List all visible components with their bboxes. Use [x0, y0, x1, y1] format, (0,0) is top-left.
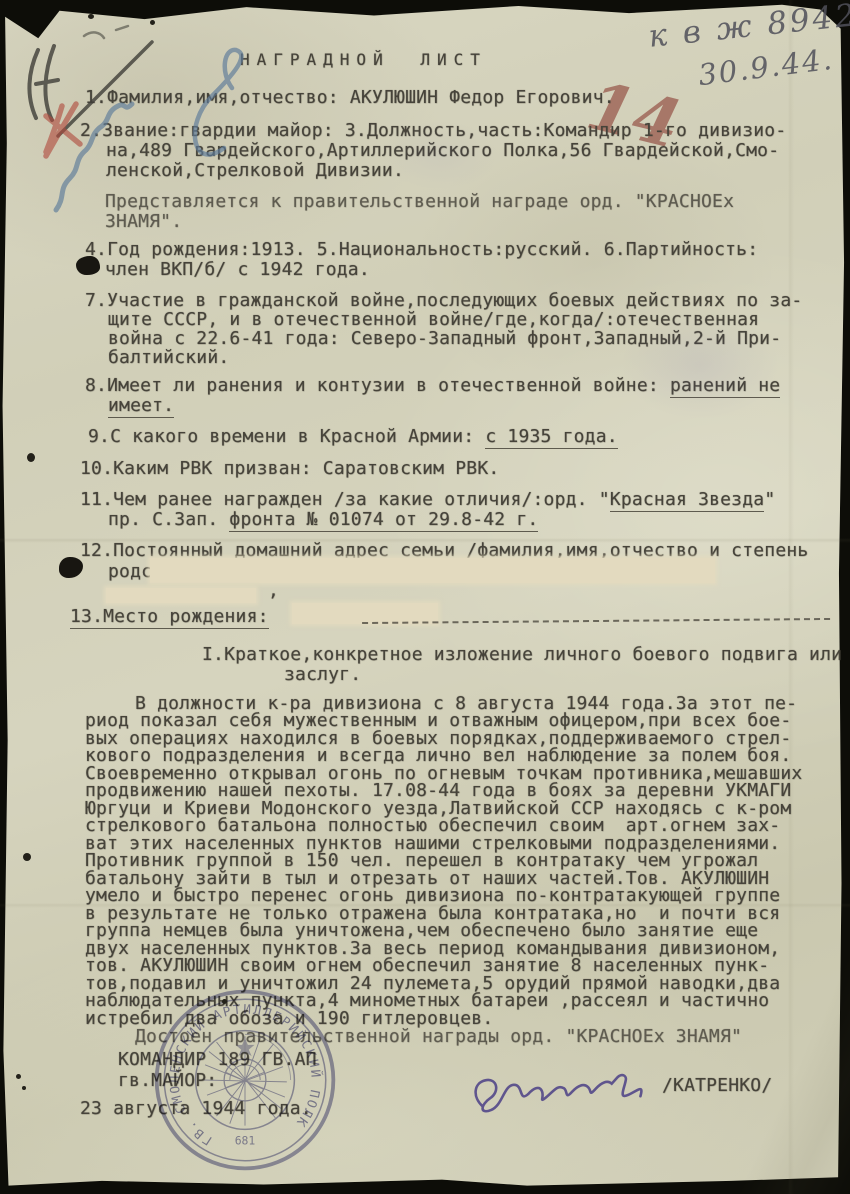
field-wounds-value-2: имеет.	[108, 396, 174, 416]
field-war-participation-3: война с 22.6-41 года: Северо-Западный фр…	[108, 329, 781, 349]
birthplace-dotted-line	[362, 600, 830, 624]
field-rank-position-3: ленской,Стрелковой Дивизии.	[106, 161, 404, 181]
field-wounds-value-1: ранений не	[670, 375, 780, 398]
presented-award-2: ЗНАМЯ".	[105, 212, 182, 232]
field-rank-position-2: на,489 Гвардейского,Артиллерийского Полк…	[106, 141, 779, 161]
field-birth-nationality-party: 4.Год рождения:1913. 5.Национальность:ру…	[85, 240, 758, 260]
document-title: НАГРАДНОЙ ЛИСТ	[240, 50, 487, 70]
svg-text:ГВ. СМОЛЕНСКИЙ АРТИЛЛЕРИЙСКИЙ: ГВ. СМОЛЕНСКИЙ АРТИЛЛЕРИЙСКИЙ ПОЛК	[168, 1002, 324, 1147]
field-war-participation-1: 7.Участие в гражданской войне,последующи…	[85, 291, 802, 311]
stamp-ring-text: ГВ. СМОЛЕНСКИЙ АРТИЛЛЕРИЙСКИЙ ПОЛК	[168, 1002, 324, 1147]
field-prior-awards-label: 11.Чем ранее награжден /за какие отличия…	[80, 489, 610, 510]
field-drafted-by: 10.Каким РВК призван: Саратовским РВК.	[80, 459, 499, 479]
commander-name: /КАТРЕНКО/	[662, 1076, 772, 1096]
field-party-member: член ВКП/б/ с 1942 года.	[105, 260, 370, 280]
paper-speck	[88, 14, 94, 19]
ink-blot	[76, 256, 100, 275]
field-army-since-value: с 1935 года.	[485, 426, 617, 449]
field-rank-position-1: 2.Звание:гвардии майор: 3.Должность,част…	[80, 121, 786, 141]
field-wounds: 8.Имеет ли ранения и контузии в отечеств…	[85, 376, 780, 396]
field-prior-awards-order-num: фронта № 01074 от 29.8-42 г.	[229, 509, 538, 532]
field-prior-awards-quote: "	[764, 489, 775, 510]
field-wounds-value-2-text: имеет.	[108, 395, 174, 418]
punch-hole	[23, 853, 31, 861]
field-army-since-label: 9.С какого времени в Красной Армии:	[88, 426, 485, 447]
field-prior-awards-2: пр. С.Зап. фронта № 01074 от 29.8-42 г.	[108, 510, 538, 530]
field-name: 1.Фамилия,имя,отчество: АКУЛЮШИН Федор Е…	[85, 88, 615, 108]
presented-award-1: Представляется к правительственной награ…	[105, 192, 734, 212]
citation-heading-1: I.Краткое,конкретное изложение личного б…	[202, 645, 842, 665]
redaction-address-2	[106, 588, 256, 603]
field-war-participation-4: балтийский.	[108, 348, 229, 368]
redaction-address	[150, 558, 715, 583]
field-prior-awards-order-pre: пр. С.Зап.	[108, 509, 229, 530]
commander-signature	[466, 1053, 669, 1127]
field-prior-awards-value: Красная Звезда	[610, 489, 765, 512]
field-birthplace-label: 13.Место рождения:	[70, 607, 269, 627]
field-war-participation-2: щите СССР, и в отечественной войне/где,к…	[108, 310, 759, 330]
citation-heading-2: заслуг.	[284, 665, 361, 685]
field-birthplace-label-text: 13.Место рождения:	[70, 606, 269, 629]
field-wounds-label: 8.Имеет ли ранения и контузии в отечеств…	[85, 375, 670, 396]
stamp-number: 681	[235, 1134, 256, 1148]
field-home-address-comma: ,	[268, 581, 279, 601]
field-army-since: 9.С какого времени в Красной Армии: с 19…	[88, 427, 618, 447]
paper-speck	[150, 20, 155, 25]
paper-speck	[22, 1086, 26, 1090]
paper-speck	[16, 1074, 21, 1079]
paper-speck	[222, 999, 227, 1004]
field-prior-awards-1: 11.Чем ранее награжден /за какие отличия…	[80, 490, 775, 510]
punch-hole	[27, 453, 35, 462]
unit-round-stamp: ГВ. СМОЛЕНСКИЙ АРТИЛЛЕРИЙСКИЙ ПОЛК 681	[150, 985, 340, 1175]
scanned-award-document: { "doc_type": "наградной лист (award she…	[0, 0, 850, 1194]
